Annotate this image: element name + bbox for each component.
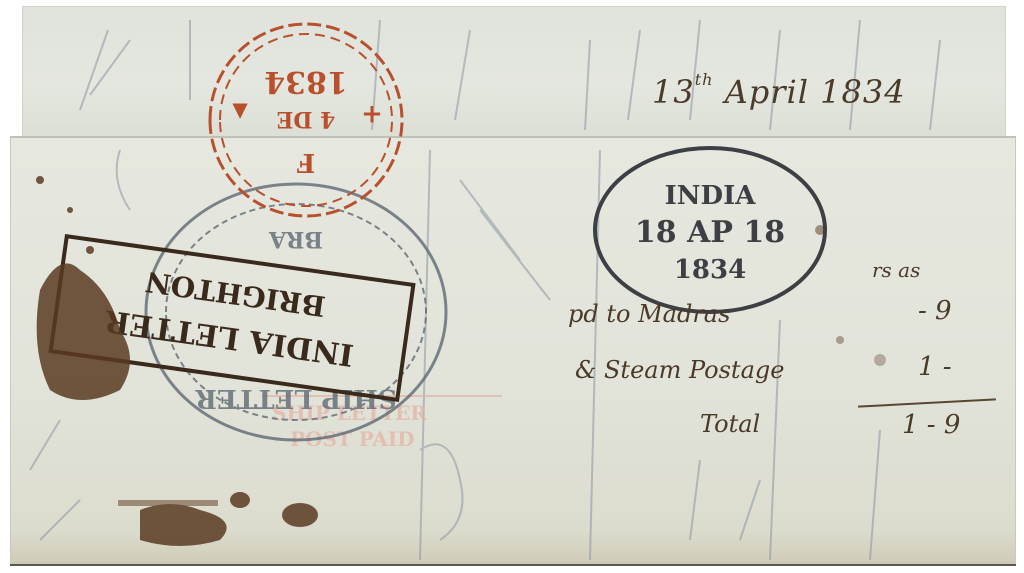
letter-cover: SHIP LETTER POST PAID SHIP LETTER BRA F … [0,0,1024,573]
rate-row-amount: - 9 [918,296,952,326]
rate-row-label: & Steam Postage [575,356,784,384]
date-month: April [725,73,809,111]
date-suffix: th [695,70,714,89]
svg-text:INDIA: INDIA [665,181,757,211]
rate-row-amount: 1 - [918,352,952,382]
date-day: 13 [652,73,695,111]
date-year: 1834 [820,73,905,111]
rate-total-amount: 1 - 9 [902,410,960,440]
rate-total-label: Total [700,410,760,438]
rate-row-label: pd to Madras [568,300,730,328]
svg-text:1834: 1834 [674,255,746,285]
svg-text:18 AP 18: 18 AP 18 [635,215,785,250]
rate-currency-header: rs as [872,258,920,282]
manuscript-date: 13th April 1834 [652,70,906,111]
